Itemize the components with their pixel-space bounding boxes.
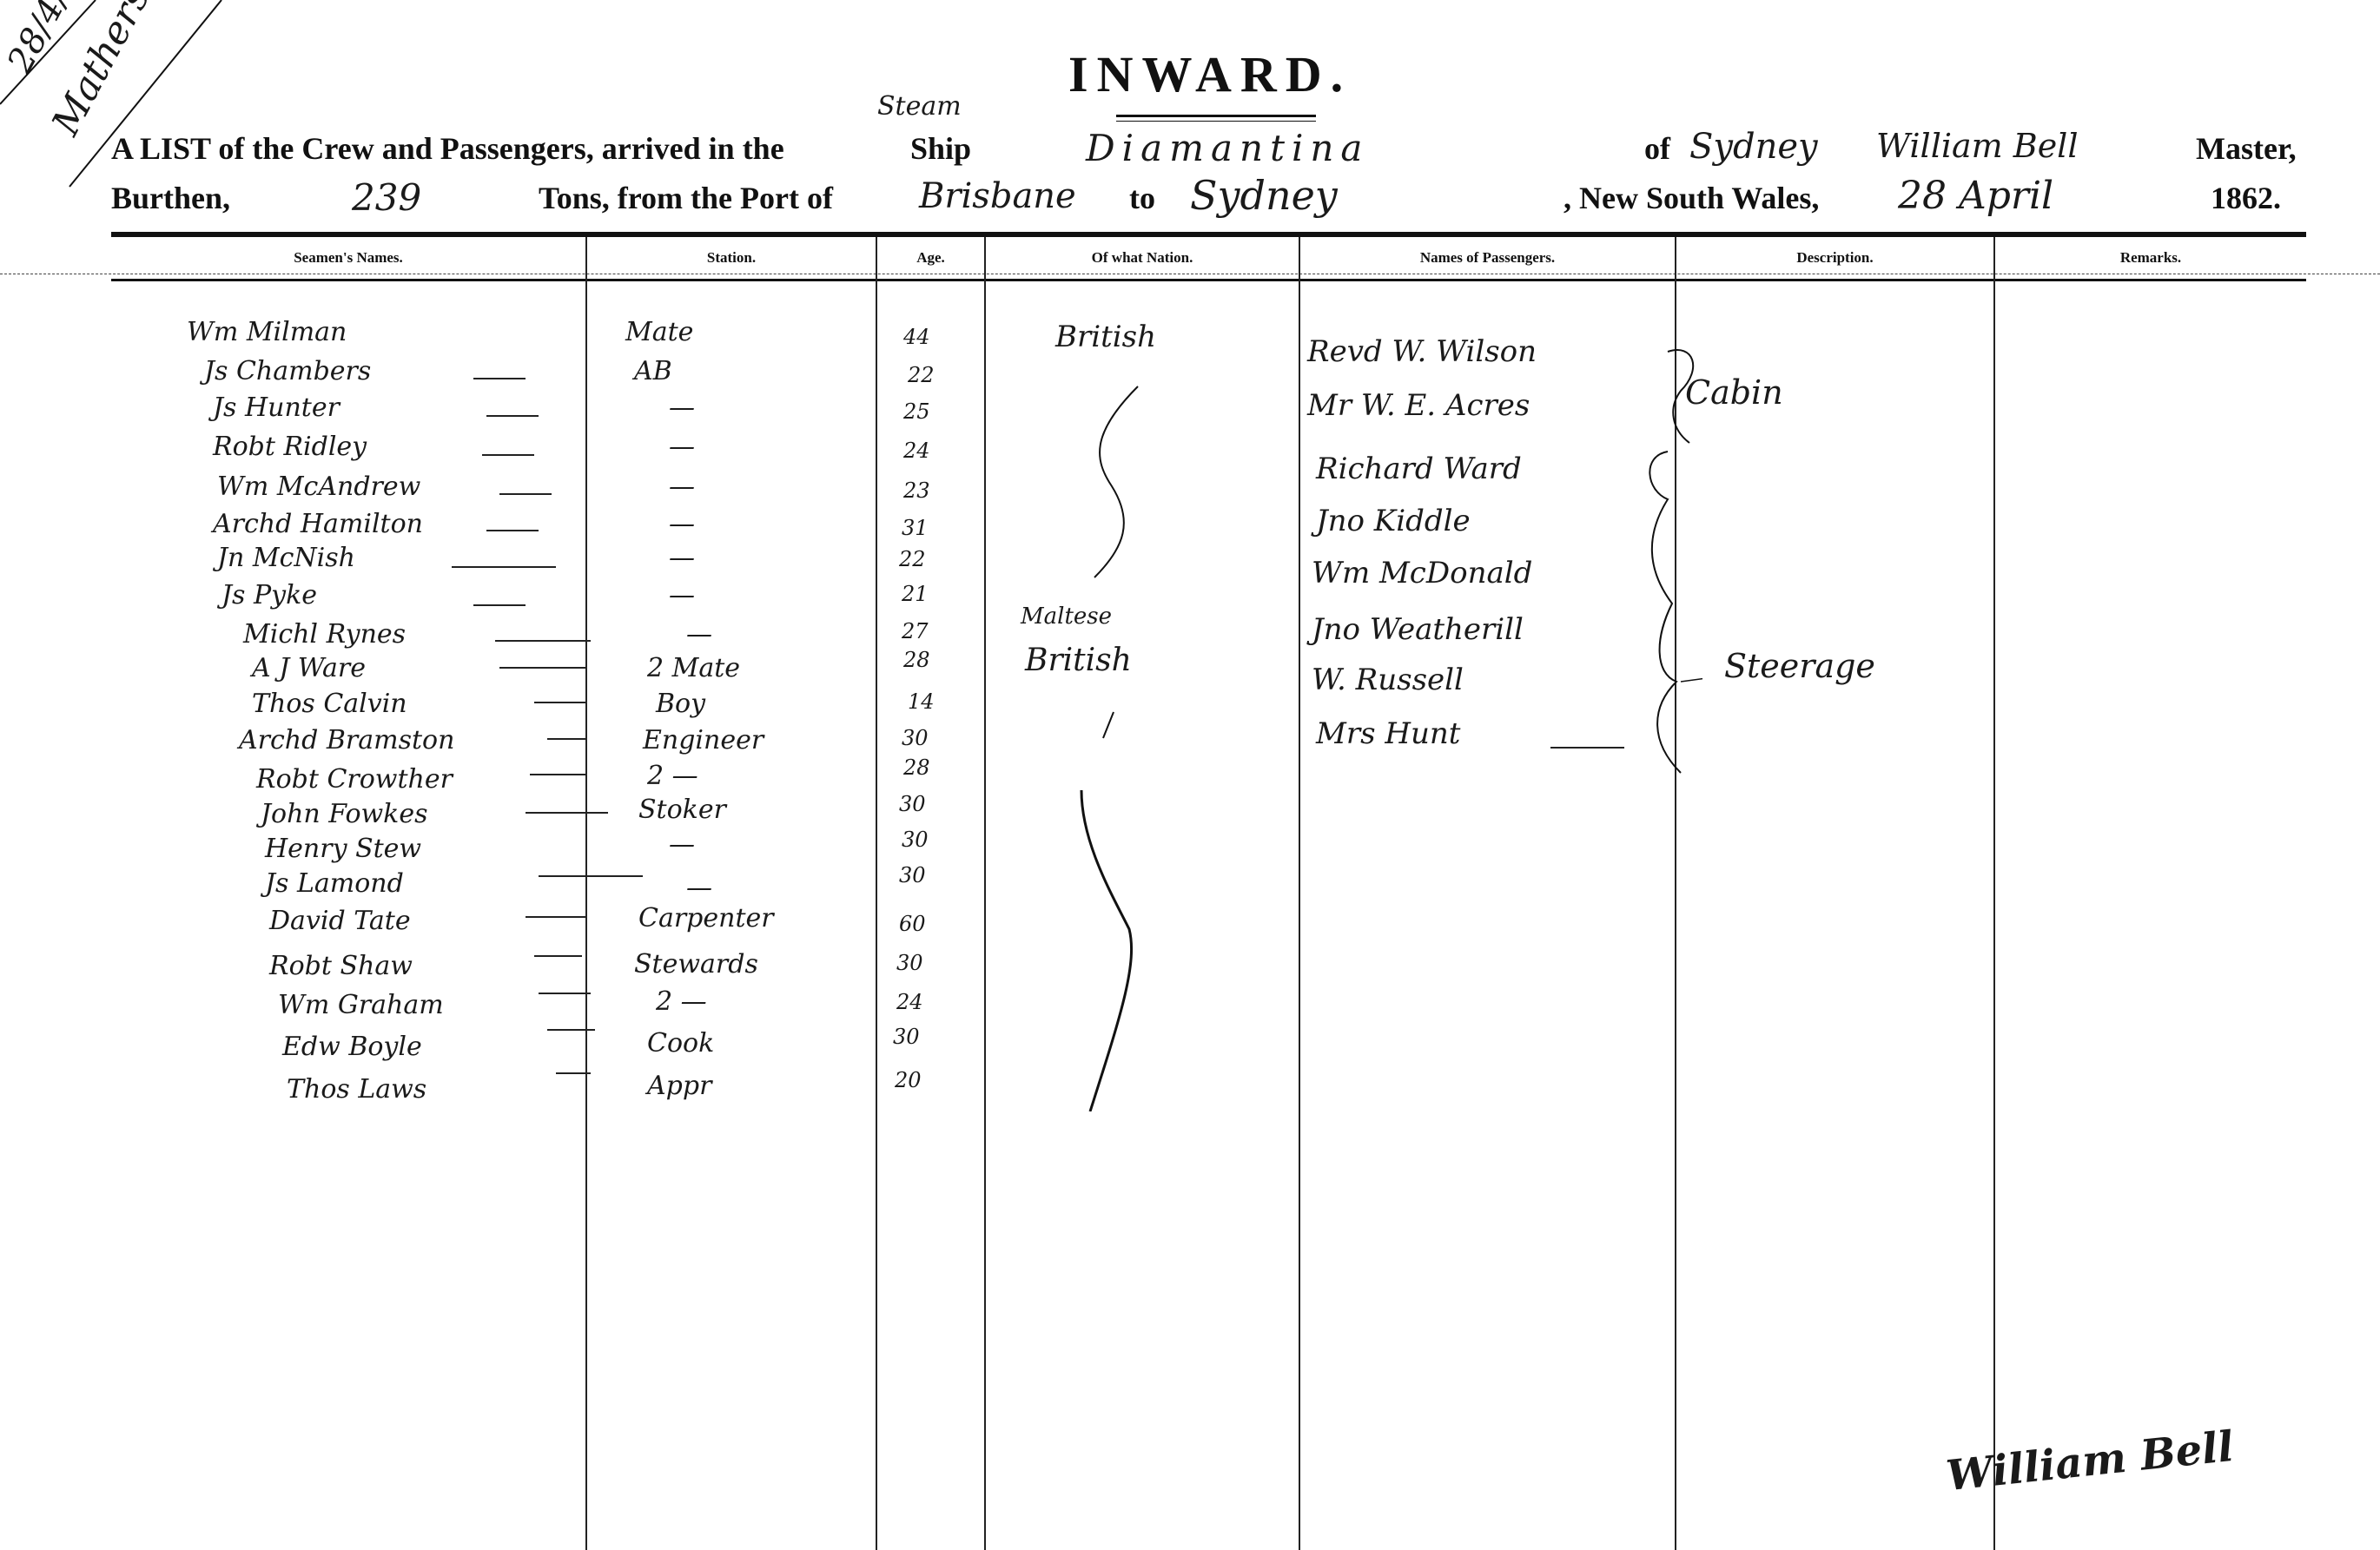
ditto-dash: [526, 916, 586, 918]
home-port: Sydney: [1689, 127, 1818, 167]
crew-station: Stoker: [638, 795, 726, 825]
crew-age: 24: [903, 439, 930, 463]
seaman-name: Wm Graham: [278, 990, 444, 1020]
ditto-dash: [486, 530, 539, 531]
passenger-name: Revd W. Wilson: [1307, 334, 1537, 369]
ship-name: Diamantina: [1086, 127, 1369, 169]
passenger-name: Jno Kiddle: [1316, 504, 1471, 538]
ditto-dash: [1550, 747, 1624, 749]
seaman-name: Wm Milman: [187, 317, 347, 347]
seaman-name: Archd Bramston: [239, 725, 454, 755]
description-steerage: Steerage: [1724, 647, 1875, 685]
of-label: of: [1644, 130, 1670, 167]
col-header-passenger-names: Names of Passengers.: [1300, 249, 1675, 267]
seaman-name: A J Ware: [252, 653, 366, 683]
divider-remarks: [1993, 237, 1995, 1550]
ditto-dash: [539, 875, 643, 877]
crew-station: —: [686, 873, 712, 903]
burthen-label: Burthen,: [111, 180, 230, 216]
nation-british: British: [1055, 320, 1156, 354]
seaman-name: Thos Laws: [287, 1074, 426, 1105]
crew-age: 31: [902, 516, 929, 540]
crew-station: —: [669, 829, 695, 860]
crew-age: 21: [902, 582, 929, 606]
divider-age: [876, 237, 877, 1550]
crew-row: Wm Milman: [187, 317, 347, 347]
divider-passengers: [1299, 237, 1300, 1550]
passenger-name: Richard Ward: [1316, 452, 1522, 486]
description-cabin: Cabin: [1685, 373, 1783, 412]
ditto-dash: [482, 454, 534, 456]
page-title: INWARD.: [1068, 45, 1352, 103]
crew-station: —: [686, 619, 712, 650]
seaman-name: Archd Hamilton: [213, 509, 423, 539]
tonnage: 239: [352, 176, 421, 219]
passenger-name: Mrs Hunt: [1316, 716, 1460, 751]
seaman-name: John Fowkes: [261, 799, 428, 829]
crew-station: —: [669, 509, 695, 539]
crew-station: Appr: [647, 1071, 711, 1101]
col-header-seamen-names: Seamen's Names.: [111, 249, 585, 267]
ditto-dash: [534, 955, 582, 957]
col-header-nation: Of what Nation.: [986, 249, 1299, 267]
ditto-dash: [547, 1029, 595, 1031]
header-rule: [111, 232, 2306, 237]
arrival-date: 28 April: [1898, 174, 2053, 218]
passenger-name: Wm McDonald: [1312, 556, 1532, 590]
crew-age: 14: [908, 689, 935, 714]
crew-station: Carpenter: [638, 903, 774, 933]
margin-stroke-icon: [0, 0, 261, 208]
master-name: William Bell: [1876, 127, 2079, 165]
crew-station: 2 —: [656, 986, 707, 1017]
ditto-dash: [486, 415, 539, 417]
crew-age: 30: [902, 726, 929, 750]
divider-nation: [984, 237, 986, 1550]
ditto-dash: [556, 1072, 591, 1074]
crew-station: —: [669, 392, 695, 423]
ditto-dash: [499, 493, 552, 495]
list-heading-prefix: A LIST of the Crew and Passengers, arriv…: [111, 130, 784, 167]
to-port: Sydney: [1190, 172, 1338, 219]
seaman-name: Wm McAndrew: [217, 472, 420, 502]
crew-station: Mate: [625, 317, 693, 347]
master-label: Master,: [2196, 130, 2297, 167]
ship-label: Ship: [910, 130, 971, 167]
crew-station: Boy: [656, 689, 705, 719]
crew-age: 30: [896, 951, 923, 975]
crew-age: 60: [899, 912, 926, 936]
column-head-rule: [111, 279, 2306, 281]
crew-age: 28: [903, 755, 930, 780]
seaman-name: Michl Rynes: [243, 619, 406, 650]
crew-age: 28: [903, 648, 930, 672]
title-underline-thin: [1116, 121, 1316, 122]
crew-station: Engineer: [643, 725, 764, 755]
crew-station: —: [669, 580, 695, 610]
passenger-name: W. Russell: [1312, 663, 1464, 697]
seaman-name: Js Chambers: [204, 356, 371, 386]
column-head-dashed-rule: [0, 274, 2380, 275]
ditto-dash: [452, 566, 556, 568]
col-header-remarks: Remarks.: [1995, 249, 2306, 267]
ditto-dash: [547, 738, 586, 740]
crew-station: —: [669, 472, 695, 502]
crew-age: 23: [903, 478, 930, 503]
nation-maltese: Maltese: [1021, 604, 1112, 630]
crew-station: Cook: [647, 1028, 714, 1059]
crew-station: 2 —: [647, 761, 698, 791]
seaman-name: Thos Calvin: [252, 689, 407, 719]
ditto-dash: [473, 378, 526, 379]
crew-age: 20: [895, 1068, 922, 1092]
crew-age: 30: [893, 1025, 920, 1049]
passenger-name: Mr W. E. Acres: [1307, 388, 1530, 423]
seaman-name: Robt Shaw: [269, 951, 413, 981]
seaman-name: Henry Stew: [265, 834, 421, 864]
divider-station: [585, 237, 587, 1550]
ditto-dash: [526, 812, 608, 814]
from-port: Brisbane: [919, 176, 1076, 216]
col-header-age: Age.: [877, 249, 984, 267]
seaman-name: Js Hunter: [213, 392, 340, 423]
crew-age: 30: [899, 792, 926, 816]
crew-station: —: [669, 432, 695, 462]
crew-age: 25: [903, 399, 930, 424]
crew-age: 24: [896, 990, 923, 1014]
ditto-dash: [473, 604, 526, 606]
crew-station: Stewards: [634, 949, 758, 979]
crew-age: 30: [899, 863, 926, 887]
ship-type-insert: Steam: [877, 91, 962, 122]
seaman-name: Jn McNish: [217, 543, 355, 573]
tons-label: Tons, from the Port of: [539, 180, 833, 216]
ditto-dash: [530, 774, 586, 775]
ditto-dash: [539, 993, 591, 994]
crew-age: 30: [902, 828, 929, 852]
ditto-dash: [534, 702, 586, 703]
passenger-name: Jno Weatherill: [1312, 612, 1524, 647]
crew-station: AB: [634, 356, 672, 386]
colony-label: , New South Wales,: [1564, 180, 1819, 216]
seaman-name: Js Pyke: [221, 580, 317, 610]
col-header-station: Station.: [587, 249, 876, 267]
seaman-name: Robt Crowther: [256, 764, 453, 795]
ditto-curve-icon: [1086, 382, 1155, 590]
ditto-dash: [495, 640, 591, 642]
crew-station: 2 Mate: [647, 653, 740, 683]
crew-age: 22: [899, 547, 926, 571]
arrival-year: 1862.: [2211, 180, 2281, 216]
title-underline: [1116, 115, 1316, 117]
nation-british-2: British: [1025, 643, 1132, 678]
brace-steerage-icon: [1642, 447, 1702, 777]
to-label: to: [1129, 180, 1155, 216]
seaman-name: Edw Boyle: [282, 1032, 422, 1062]
seaman-name: Js Lamond: [265, 868, 404, 899]
seaman-name: David Tate: [269, 906, 411, 936]
seaman-name: Robt Ridley: [213, 432, 367, 462]
ditto-curve-icon: [1077, 703, 1147, 1111]
ditto-dash: [499, 667, 586, 669]
col-header-description: Description.: [1676, 249, 1993, 267]
crew-age: 27: [902, 619, 929, 643]
master-signature: William Bell: [1944, 1422, 2236, 1501]
crew-station: —: [669, 543, 695, 573]
crew-age: 44: [903, 325, 930, 349]
crew-age: 22: [908, 363, 935, 387]
